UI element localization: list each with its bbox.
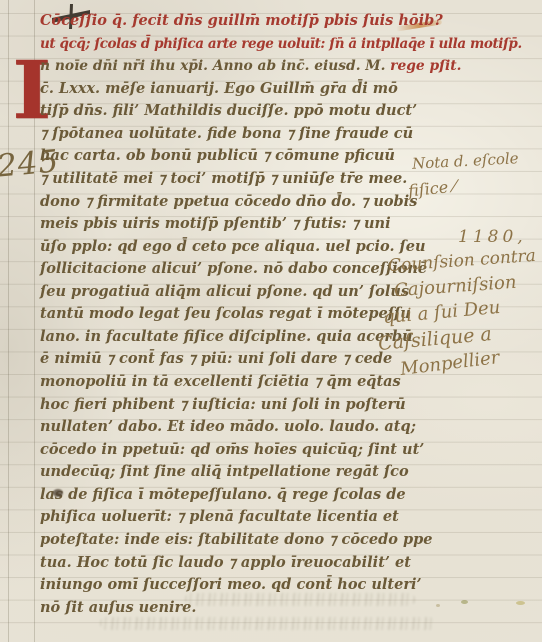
text-line: las de fiſica ī mōtepeſſulano. q̄ rege ſ… — [40, 484, 542, 507]
text-line: ⁊ ſpōtanea uolūtate. fide bona ⁊ ſine fr… — [40, 123, 542, 146]
ink-blot — [53, 489, 63, 497]
text-line: nullaten’ dabo. Et ideo mādo. uolo. laud… — [40, 416, 542, 439]
manuscript-page: I 245 Cōceſſio q̄. fecit dn̄s guillm̄ mo… — [0, 0, 542, 642]
text-line: phiſica uoluerīt: ⁊ plenā facultate lice… — [40, 506, 542, 529]
stain-speck — [436, 604, 440, 607]
text-line: dono ⁊ firmitate ppetua cōcedo dn̄o d̄o.… — [40, 191, 542, 214]
text-line: tua. Hoc totū ſic laudo ⁊ applo īreuocab… — [40, 552, 542, 575]
verso-showthrough-1 — [185, 593, 415, 606]
text-line: Cōceſſio q̄. fecit dn̄s guillm̄ motiſp̄ … — [40, 10, 542, 33]
text-line: tiſp̄ dn̄s. fili’ Mathildis duciſſe. ppō… — [40, 100, 542, 123]
text-line: undecūq; ſint ſine aliq̄ intpellatione r… — [40, 461, 542, 484]
text-line: cōcedo in ppetuū: qd om̄s hoīes quicūq; … — [40, 439, 542, 462]
margin-rule-left-outer — [8, 0, 9, 642]
text-line: monopoliū in tā excellenti ſciētia ⁊ q̄m… — [40, 371, 542, 394]
text-line: poteſtate: inde eis: ſtabilitate dono ⁊ … — [40, 529, 542, 552]
verso-showthrough-2 — [100, 617, 435, 630]
text-line: ⁊ utilitatē mei ⁊ toci’ motiſp̄ ⁊ uniūſe… — [40, 168, 542, 191]
text-line: hoc fieri phibent ⁊ iuſticia: uni ſoli i… — [40, 394, 542, 417]
text-line: c̄. Lxxx. mēſe ianuarij. Ego Guillm̄ gr̄… — [40, 78, 542, 101]
stain-speck — [461, 600, 468, 604]
stain-speck — [516, 601, 525, 605]
margin-note-year: 1180, — [458, 227, 527, 247]
text-line: n noīe dn̄i nr̄i ihu xp̄i. Anno ab inc̄.… — [40, 55, 542, 78]
text-line: ut q̄cq̄; ſcolas d̄ phiſica arte rege uo… — [40, 33, 542, 56]
